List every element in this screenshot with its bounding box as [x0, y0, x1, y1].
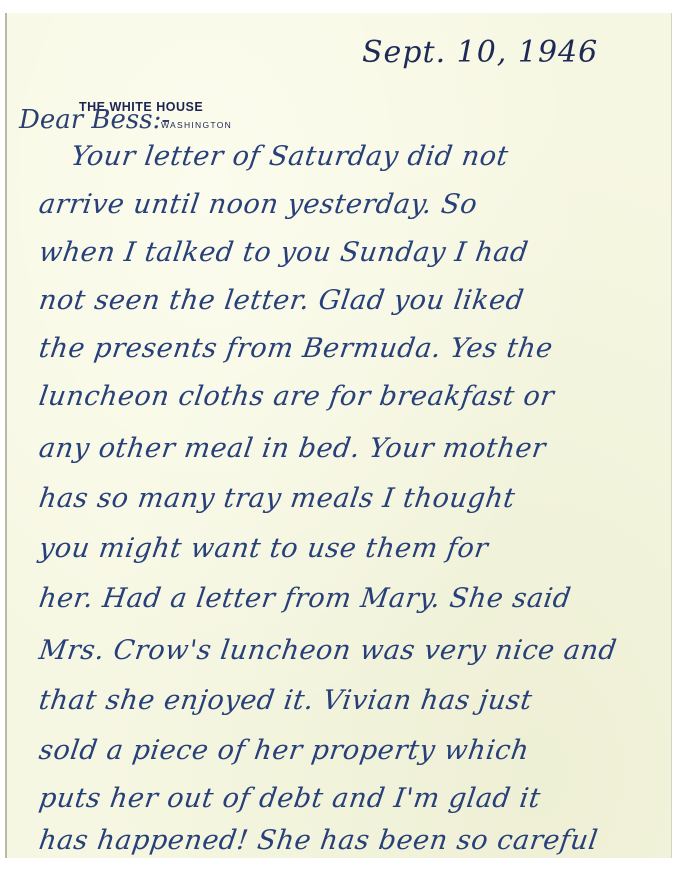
letter-line: has happened! She has been so careful	[37, 825, 600, 856]
letter-paper: THE WHITE HOUSE WASHINGTON Sept. 10, 194…	[5, 13, 672, 858]
letter-page: THE WHITE HOUSE WASHINGTON Sept. 10, 194…	[0, 0, 683, 875]
letter-line: arrive until noon yesterday. So	[37, 189, 479, 220]
letter-line: when I talked to you Sunday I had	[37, 237, 530, 268]
letter-salutation: Dear Bess:-	[19, 105, 170, 135]
letter-line: has so many tray meals I thought	[37, 483, 517, 514]
letter-line: Mrs. Crow's luncheon was very nice and	[37, 635, 619, 666]
letterhead-city: WASHINGTON	[161, 120, 232, 130]
letter-line: any other meal in bed. Your mother	[37, 433, 548, 464]
letter-line: Your letter of Saturday did not	[69, 141, 510, 172]
letter-date: Sept. 10, 1946	[362, 35, 598, 70]
letter-line: her. Had a letter from Mary. She said	[37, 583, 573, 614]
letter-line: you might want to use them for	[37, 533, 490, 564]
letter-line: not seen the letter. Glad you liked	[37, 285, 526, 316]
letter-line: luncheon cloths are for breakfast or	[37, 381, 556, 412]
letter-line: sold a piece of her property which	[37, 735, 531, 766]
letter-line: the presents from Bermuda. Yes the	[37, 333, 555, 364]
letter-line: puts her out of debt and I'm glad it	[37, 783, 543, 814]
letter-line: that she enjoyed it. Vivian has just	[37, 685, 534, 716]
